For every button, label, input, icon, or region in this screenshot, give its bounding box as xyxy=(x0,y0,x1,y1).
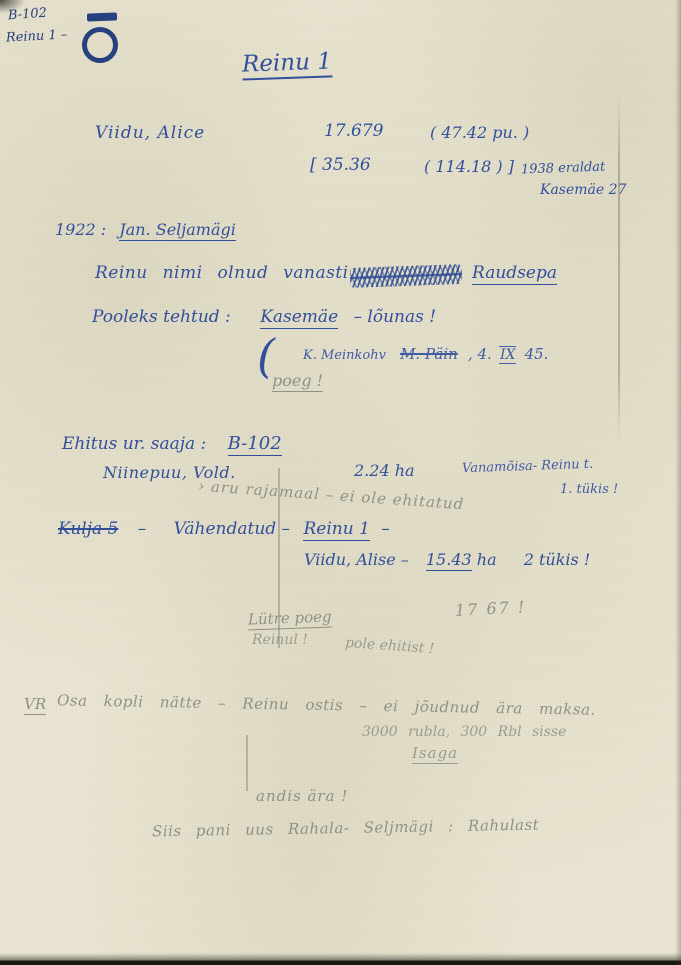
informant-month-roman: IX xyxy=(499,346,517,364)
owner2-area-unit: ha xyxy=(477,550,497,569)
permit-area: 2.24 ha xyxy=(354,462,415,480)
informant-line: K. Meinkohv M. Päin , 4. IX 45. xyxy=(303,346,548,364)
owner-name: Viidu, Alice xyxy=(95,124,205,144)
paper-crease xyxy=(618,95,620,440)
vr-line-4: andis ära ! xyxy=(256,788,348,805)
lutre-note-1: Lütre poeg xyxy=(248,609,332,629)
informant-struck-name: M. Päin xyxy=(400,345,458,363)
year-note: 1938 eraldat xyxy=(521,161,606,179)
reduced-line: Kulja 5 – Vähendatud – Reinu 1 – xyxy=(58,520,390,540)
poeg-note: poeg ! xyxy=(272,372,323,390)
vr-line-2: 3000 rubla, 300 Rbl sisse xyxy=(362,724,566,740)
half-name: Kasemäe xyxy=(260,307,338,329)
pieces-note-1: 1. tükis ! xyxy=(560,483,618,498)
scan-corner-shadow xyxy=(0,0,26,14)
vr-line-3: Isaga xyxy=(412,745,458,762)
owner2-line: Viidu, Alise – 15.43 ha 2 tükis ! xyxy=(304,551,590,569)
address-note: Kasemäe 27 xyxy=(540,182,626,198)
vr-line-5: Siis pani uus Rahala- Seljmägi : Rahulas… xyxy=(152,817,540,841)
scan-edge-bottom xyxy=(0,953,681,965)
half-prefix: Pooleks tehtud : xyxy=(92,307,231,327)
name-history-new: Raudsepa xyxy=(472,264,557,284)
informant-name: K. Meinkohv xyxy=(303,348,386,363)
pencil-vertical-line xyxy=(278,468,280,648)
pencil-vertical-tick xyxy=(246,735,248,791)
page-title: Reinu 1 xyxy=(242,48,333,78)
reduced-word: Vähendatud – xyxy=(174,519,290,539)
scan-edge-right xyxy=(675,0,681,965)
pieces-note-2: 2 tükis ! xyxy=(524,550,591,569)
ink-dash-mark xyxy=(87,12,117,21)
name-history-prefix: Reinu nimi olnud vanasti xyxy=(95,264,349,284)
farm-name: Vanamõisa- Reinu t. xyxy=(462,458,594,478)
pencil-number: 17 67 ! xyxy=(455,598,527,620)
area-main-note: ( 47.42 pu. ) xyxy=(430,124,529,142)
pencil-not-built-note: › aru rajamaal – ei ole ehitatud xyxy=(198,478,465,514)
ink-circle-mark xyxy=(82,27,118,63)
building-label: Ehitus ur. saaja : xyxy=(62,434,206,454)
name-history-new-text: Raudsepa xyxy=(472,263,557,285)
building-code: B-102 xyxy=(228,433,282,456)
area-alt-note: ( 114.18 ) ] xyxy=(424,158,514,176)
informant-date-pre: , 4. xyxy=(468,345,492,363)
year-entry: 1922 : Jan. Seljamägi xyxy=(55,221,236,239)
building-label-line: Ehitus ur. saaja : B-102 xyxy=(62,434,282,455)
lutre-note-3: pole ehitist ! xyxy=(345,635,435,657)
vr-label: VR xyxy=(24,696,46,713)
year-entry-name: Jan. Seljamägi xyxy=(119,220,236,241)
half-suffix: – lõunas ! xyxy=(354,307,437,327)
scanned-document-page: B-102 Reinu 1 – Reinu 1 Viidu, Alice 17.… xyxy=(0,0,681,965)
page-title-text: Reinu 1 xyxy=(242,48,333,80)
vr-line-1: Osa kopli nätte – Reinu ostis – ei jõudn… xyxy=(57,692,596,719)
scribbled-out-word xyxy=(350,264,463,288)
reduced-tail-dash: – xyxy=(381,519,390,539)
vr-label-text: VR xyxy=(24,695,46,715)
owner2-area: 15.43 xyxy=(426,550,472,571)
reduced-name: Reinu 1 xyxy=(303,519,369,541)
lutre-note-1-text: Lütre poeg xyxy=(248,608,332,631)
struck-kulja: Kulja 5 xyxy=(58,519,118,539)
area-alt: [ 35.36 xyxy=(310,156,371,176)
vr-line-3-text: Isaga xyxy=(412,744,458,764)
year-entry-year: 1922 : xyxy=(55,220,106,239)
area-main: 17.679 xyxy=(324,122,383,142)
reduced-dash: – xyxy=(138,519,147,539)
corner-ref: Reinu 1 – xyxy=(6,28,68,46)
informant-date-post: 45. xyxy=(525,345,549,363)
owner2-name: Viidu, Alise – xyxy=(304,550,409,569)
poeg-note-text: poeg ! xyxy=(272,371,323,392)
half-made-line: Pooleks tehtud : Kasemäe – lõunas ! xyxy=(92,308,436,328)
